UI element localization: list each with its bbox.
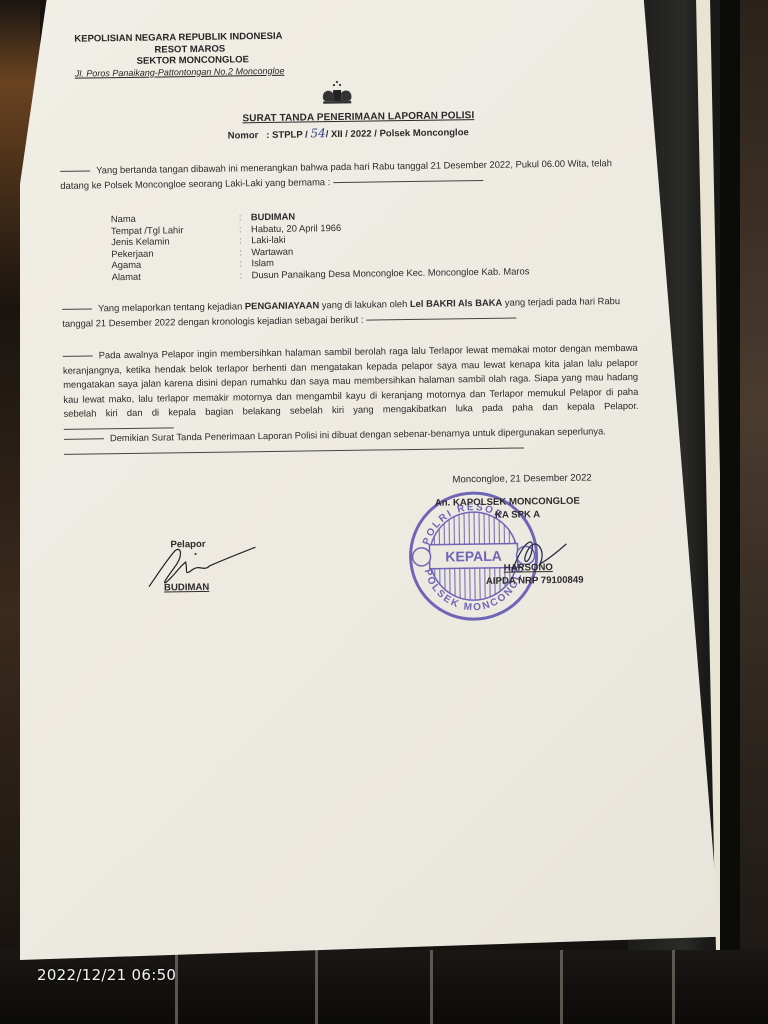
official-position: KA SPK A — [435, 508, 583, 523]
letterhead-address: Jl. Poros Panaikang-Pattontongan No.2 Mo… — [75, 65, 285, 79]
opening-paragraph-text: Yang bertanda tangan dibawah ini meneran… — [60, 157, 612, 190]
document-number: Nomor : STPLP / 54/ XII / 2022 / Polsek … — [228, 124, 469, 141]
official-on-behalf: An. KAPOLSEK MONCONGLOE — [435, 495, 583, 510]
place-date: Moncongloe, 21 Desember 2022 — [452, 473, 591, 486]
document-content: KEPOLISIAN NEGARA REPUBLIK INDONESIA RES… — [0, 0, 768, 1024]
reporter-identity: Nama:BUDIMAN Tempat /Tgl Lahir:Habatu, 2… — [111, 207, 530, 282]
chronology-paragraph: Pada awalnya Pelapor ingin membersihkan … — [63, 341, 639, 436]
photo-timestamp: 2022/12/21 06:50 — [37, 966, 176, 984]
document-number-suffix: / XII / 2022 / Polsek Moncongloe — [326, 127, 469, 140]
document-title: SURAT TANDA PENERIMAAN LAPORAN POLISI — [242, 110, 474, 124]
document-number-label: Nomor — [228, 130, 259, 141]
stamp-emblem-left-icon — [412, 548, 430, 566]
incident-paragraph: Yang melaporkan tentang kejadian PENGANI… — [62, 294, 627, 331]
letterhead: KEPOLISIAN NEGARA REPUBLIK INDONESIA RES… — [74, 31, 284, 80]
suspect-name: Lel BAKRI Als BAKA — [410, 297, 503, 309]
chronology-text: Pada awalnya Pelapor ingin membersihkan … — [63, 342, 639, 419]
reporter-signature-name: BUDIMAN — [164, 582, 209, 594]
reporter-name-value: BUDIMAN — [251, 211, 295, 223]
police-emblem-icon — [319, 79, 355, 106]
incident-type: PENGANIAYAAN — [245, 299, 319, 311]
official-signature-scribble — [491, 522, 572, 583]
document-number-prefix: : STPLP / — [266, 129, 310, 141]
opening-paragraph: Yang bertanda tangan dibawah ini meneran… — [60, 156, 620, 193]
document-number-handwritten: 54 — [310, 126, 325, 140]
